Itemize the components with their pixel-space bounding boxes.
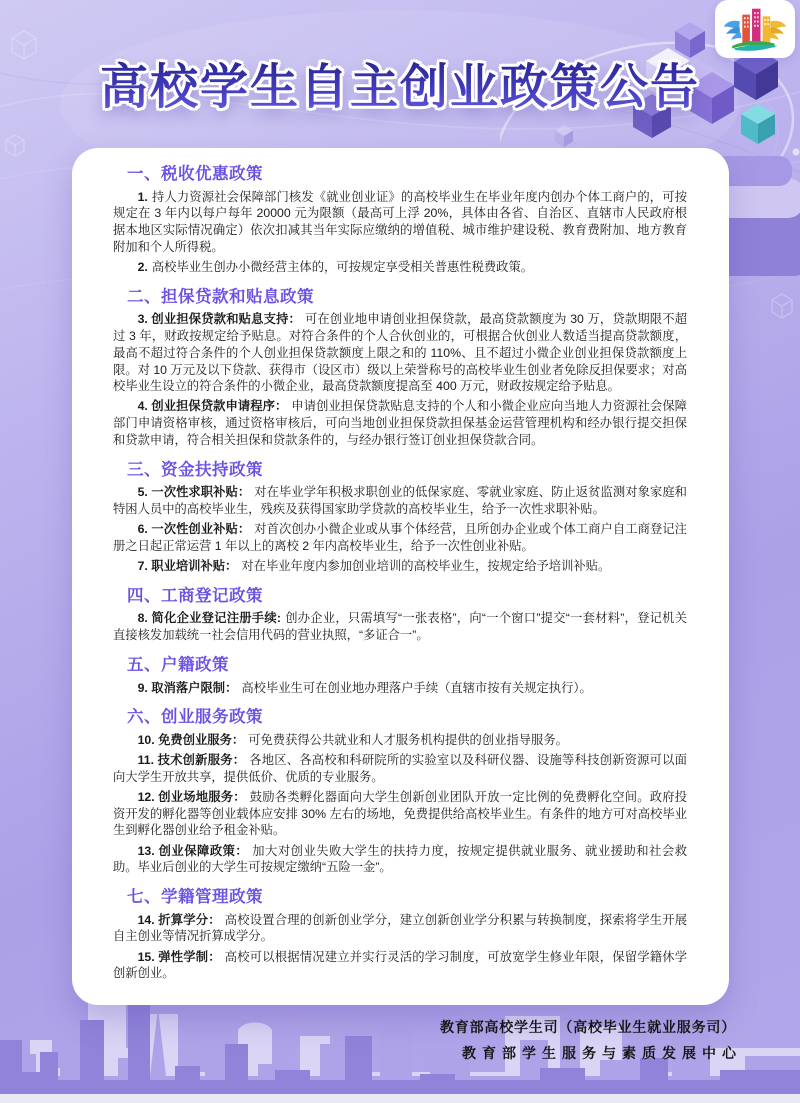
section-funding-support: 三、资金扶持政策 5. 一次性求职补贴：对在毕业学年积极求职创业的低保家庭、零就… [113, 460, 687, 575]
paragraph-text: 对在毕业年度内参加创业培训的高校毕业生，按规定给予培训补贴。 [241, 559, 610, 573]
paragraph-label: 11. 技术创新服务： [138, 753, 246, 767]
policy-card: 一、税收优惠政策 1.持人力资源社会保障部门核发《就业创业证》的高校毕业生在毕业… [72, 148, 729, 1005]
policy-card-content: 一、税收优惠政策 1.持人力资源社会保障部门核发《就业创业证》的高校毕业生在毕业… [72, 148, 729, 1005]
poster-title: 高校学生自主创业政策公告 高校学生自主创业政策公告 [0, 60, 800, 115]
paragraph-label: 12. 创业场地服务： [138, 790, 246, 804]
policy-paragraph: 2.高校毕业生创办小微经营主体的，可按规定享受相关普惠性税费政策。 [113, 259, 687, 276]
section-heading: 二、担保贷款和贴息政策 [127, 287, 687, 308]
section-tax-policy: 一、税收优惠政策 1.持人力资源社会保障部门核发《就业创业证》的高校毕业生在毕业… [113, 164, 687, 276]
paragraph-label: 3. 创业担保贷款和贴息支持： [138, 312, 301, 326]
policy-paragraph: 5. 一次性求职补贴：对在毕业学年积极求职创业的低保家庭、零就业家庭、防止返贫监… [113, 484, 687, 517]
section-heading: 一、税收优惠政策 [127, 164, 687, 185]
paragraph-label: 2. [138, 260, 148, 274]
section-heading: 六、创业服务政策 [127, 707, 687, 728]
section-heading: 五、户籍政策 [127, 655, 687, 676]
policy-paragraph: 12. 创业场地服务：鼓励各类孵化器面向大学生创新创业团队开放一定比例的免费孵化… [113, 789, 687, 839]
footer-line-1: 教育部高校学生司（高校毕业生就业服务司） [440, 1017, 736, 1037]
policy-paragraph: 14. 折算学分：高校设置合理的创新创业学分，建立创新创业学分积累与转换制度，探… [113, 912, 687, 945]
section-household-registration: 五、户籍政策 9. 取消落户限制：高校毕业生可在创业地办理落户手续（直辖市按有关… [113, 655, 687, 696]
section-heading: 七、学籍管理政策 [127, 887, 687, 908]
issuer-footer: 教育部高校学生司（高校毕业生就业服务司） 教育部学生服务与素质发展中心 [440, 1017, 736, 1063]
section-guaranteed-loans: 二、担保贷款和贴息政策 3. 创业担保贷款和贴息支持：可在创业地申请创业担保贷款… [113, 287, 687, 449]
policy-paragraph: 11. 技术创新服务：各地区、各高校和科研院所的实验室以及科研仪器、设施等科技创… [113, 752, 687, 785]
employment-service-logo-icon [722, 5, 788, 53]
paragraph-label: 1. [138, 190, 148, 204]
policy-paragraph: 15. 弹性学制：高校可以根据情况建立并实行灵活的学习制度，可放宽学生修业年限，… [113, 949, 687, 982]
policy-paragraph: 9. 取消落户限制：高校毕业生可在创业地办理落户手续（直辖市按有关规定执行）。 [113, 680, 687, 697]
paragraph-text: 高校毕业生创办小微经营主体的，可按规定享受相关普惠性税费政策。 [152, 260, 533, 274]
section-startup-services: 六、创业服务政策 10. 免费创业服务：可免费获得公共就业和人才服务机构提供的创… [113, 707, 687, 876]
paragraph-label: 4. 创业担保贷款申请程序： [138, 399, 288, 413]
paragraph-label: 9. 取消落户限制： [138, 681, 238, 695]
paragraph-text: 持人力资源社会保障部门核发《就业创业证》的高校毕业生在毕业年度内创办个体工商户的… [113, 190, 687, 254]
policy-paragraph: 6. 一次性创业补贴：对首次创办小微企业或从事个体经营，且所创办企业或个体工商户… [113, 521, 687, 554]
section-business-registration: 四、工商登记政策 8. 简化企业登记注册手续:创办企业，只需填写“一张表格”，向… [113, 586, 687, 644]
paragraph-label: 6. 一次性创业补贴： [138, 522, 251, 536]
paragraph-label: 5. 一次性求职补贴： [138, 485, 251, 499]
policy-paragraph: 8. 简化企业登记注册手续:创办企业，只需填写“一张表格”，向“一个窗口”提交“… [113, 610, 687, 643]
paragraph-label: 15. 弹性学制： [138, 950, 221, 964]
logo-badge [715, 0, 795, 58]
policy-paragraph: 4. 创业担保贷款申请程序：申请创业担保贷款贴息支持的个人和小微企业应向当地人力… [113, 398, 687, 448]
bottom-edge-strip [0, 1094, 800, 1103]
paragraph-label: 7. 职业培训补贴： [138, 559, 238, 573]
footer-line-2: 教育部学生服务与素质发展中心 [440, 1043, 742, 1063]
policy-paragraph: 1.持人力资源社会保障部门核发《就业创业证》的高校毕业生在毕业年度内创办个体工商… [113, 189, 687, 256]
paragraph-label: 10. 免费创业服务： [138, 733, 245, 747]
paragraph-label: 13. 创业保障政策： [138, 844, 249, 858]
poster-title-text: 高校学生自主创业政策公告 [0, 60, 800, 115]
paragraph-text: 可免费获得公共就业和人才服务机构提供的创业指导服务。 [248, 733, 568, 747]
section-heading: 三、资金扶持政策 [127, 460, 687, 481]
policy-paragraph: 7. 职业培训补贴：对在毕业年度内参加创业培训的高校毕业生，按规定给予培训补贴。 [113, 558, 687, 575]
section-heading: 四、工商登记政策 [127, 586, 687, 607]
policy-paragraph: 10. 免费创业服务：可免费获得公共就业和人才服务机构提供的创业指导服务。 [113, 732, 687, 749]
paragraph-label: 8. 简化企业登记注册手续: [138, 611, 281, 625]
paragraph-label: 14. 折算学分： [138, 913, 221, 927]
section-academic-management: 七、学籍管理政策 14. 折算学分：高校设置合理的创新创业学分，建立创新创业学分… [113, 887, 687, 982]
policy-paragraph: 13. 创业保障政策：加大对创业失败大学生的扶持力度，按规定提供就业服务、就业援… [113, 843, 687, 876]
policy-paragraph: 3. 创业担保贷款和贴息支持：可在创业地申请创业担保贷款，最高贷款额度为 30 … [113, 311, 687, 395]
paragraph-text: 高校毕业生可在创业地办理落户手续（直辖市按有关规定执行）。 [241, 681, 591, 695]
